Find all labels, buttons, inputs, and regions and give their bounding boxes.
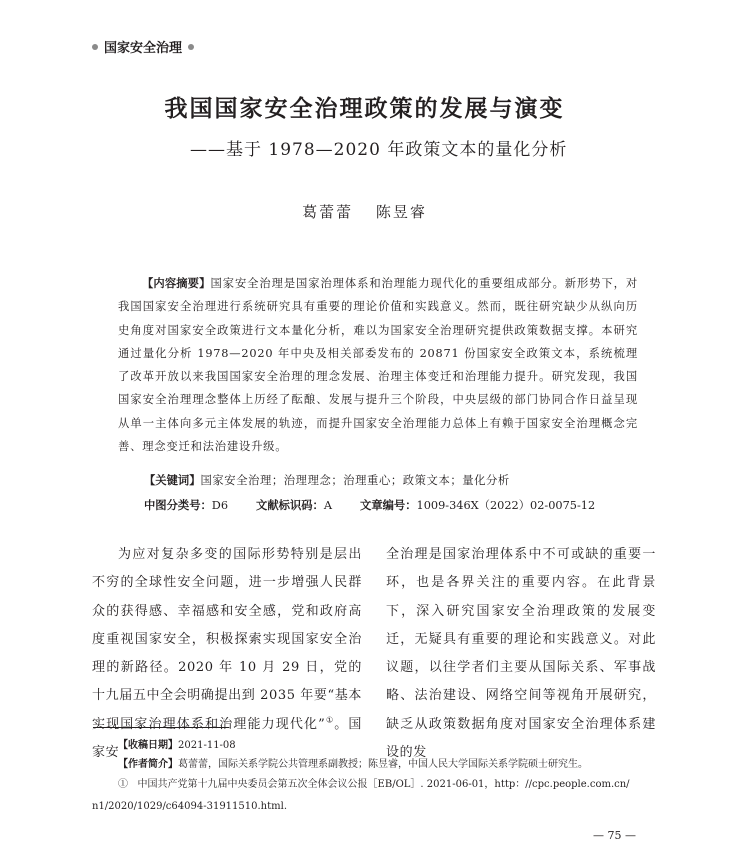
- citation-marker: ①: [118, 779, 128, 790]
- author-name: 葛蕾蕾: [302, 203, 353, 221]
- citation-url-continued[interactable]: n1/2020/1029/c64094-31911510.html.: [92, 801, 287, 812]
- body-text-left: 为应对复杂多变的国际形势特别是层出不穷的全球性安全问题，进一步增强人民群众的获得…: [92, 547, 362, 732]
- body-text-right: 全治理是国家治理体系中不可或缺的重要一环，也是各界关注的重要内容。在此背景下，深…: [386, 541, 656, 767]
- body-column-right: 全治理是国家治理体系中不可或缺的重要一环，也是各界关注的重要内容。在此背景下，深…: [386, 541, 656, 767]
- keywords-text: 国家安全治理；治理理念；治理重心；政策文本；量化分析: [201, 474, 510, 487]
- author-name: 陈昱睿: [376, 203, 427, 221]
- body-column-left: 为应对复杂多变的国际形势特别是层出不穷的全球性安全问题，进一步增强人民群众的获得…: [92, 541, 362, 767]
- article-no-label: 文章编号：: [360, 499, 417, 512]
- abstract-text: 国家安全治理是国家治理体系和治理能力现代化的重要组成部分。新形势下，对我国国家安…: [118, 277, 638, 453]
- page-number: — 75 —: [593, 829, 636, 842]
- abstract: 【内容摘要】国家安全治理是国家治理体系和治理能力现代化的重要组成部分。新形势下，…: [118, 272, 638, 458]
- document-code: 文献标识码：A: [256, 497, 332, 513]
- author-bio-text: 葛蕾蕾，国际关系学院公共管理系副教授；陈昱睿，中国人民大学国际关系学院硕士研究生…: [178, 759, 588, 770]
- footnotes: 【收稿日期】2021-11-08 【作者简介】葛蕾蕾，国际关系学院公共管理系副教…: [118, 736, 678, 774]
- received-label: 【收稿日期】: [118, 740, 178, 751]
- author-bio: 【作者简介】葛蕾蕾，国际关系学院公共管理系副教授；陈昱睿，中国人民大学国际关系学…: [118, 755, 678, 774]
- clc-label: 中图分类号：: [144, 499, 212, 512]
- article-number: 文章编号：1009-346X（2022）02-0075-12: [360, 497, 595, 513]
- keywords-label: 【关键词】: [144, 474, 201, 487]
- doc-code-label: 文献标识码：: [256, 499, 324, 512]
- section-tag: 国家安全治理: [92, 37, 194, 56]
- clc-number: 中图分类号：D6: [144, 497, 228, 513]
- author-bio-label: 【作者简介】: [118, 759, 178, 770]
- keywords: 【关键词】国家安全治理；治理理念；治理重心；政策文本；量化分析: [144, 472, 510, 488]
- abstract-label: 【内容摘要】: [142, 277, 211, 290]
- classification-info: 中图分类号：D6 文献标识码：A 文章编号：1009-346X（2022）02-…: [144, 497, 595, 513]
- section-name: 国家安全治理: [104, 37, 182, 56]
- doc-code-value: A: [324, 499, 332, 512]
- article-subtitle: ——基于 1978—2020 年政策文本的量化分析: [190, 135, 567, 160]
- bullet-dot-icon: [92, 44, 98, 50]
- received-value: 2021-11-08: [178, 740, 236, 751]
- bullet-dot-icon: [188, 44, 194, 50]
- author-list: 葛蕾蕾 陈昱睿: [0, 201, 729, 222]
- article-no-value: 1009-346X（2022）02-0075-12: [417, 499, 596, 512]
- article-title: 我国国家安全治理政策的发展与演变: [0, 90, 729, 123]
- received-date: 【收稿日期】2021-11-08: [118, 736, 678, 755]
- citation-text[interactable]: 中国共产党第十九届中央委员会第五次全体会议公报［EB/OL］. 2021-06-…: [138, 779, 630, 790]
- citation-footnote: ① 中国共产党第十九届中央委员会第五次全体会议公报［EB/OL］. 2021-0…: [92, 774, 672, 818]
- footnote-divider: [93, 727, 229, 728]
- clc-value: D6: [212, 499, 228, 512]
- footnote-ref[interactable]: ①: [325, 715, 334, 724]
